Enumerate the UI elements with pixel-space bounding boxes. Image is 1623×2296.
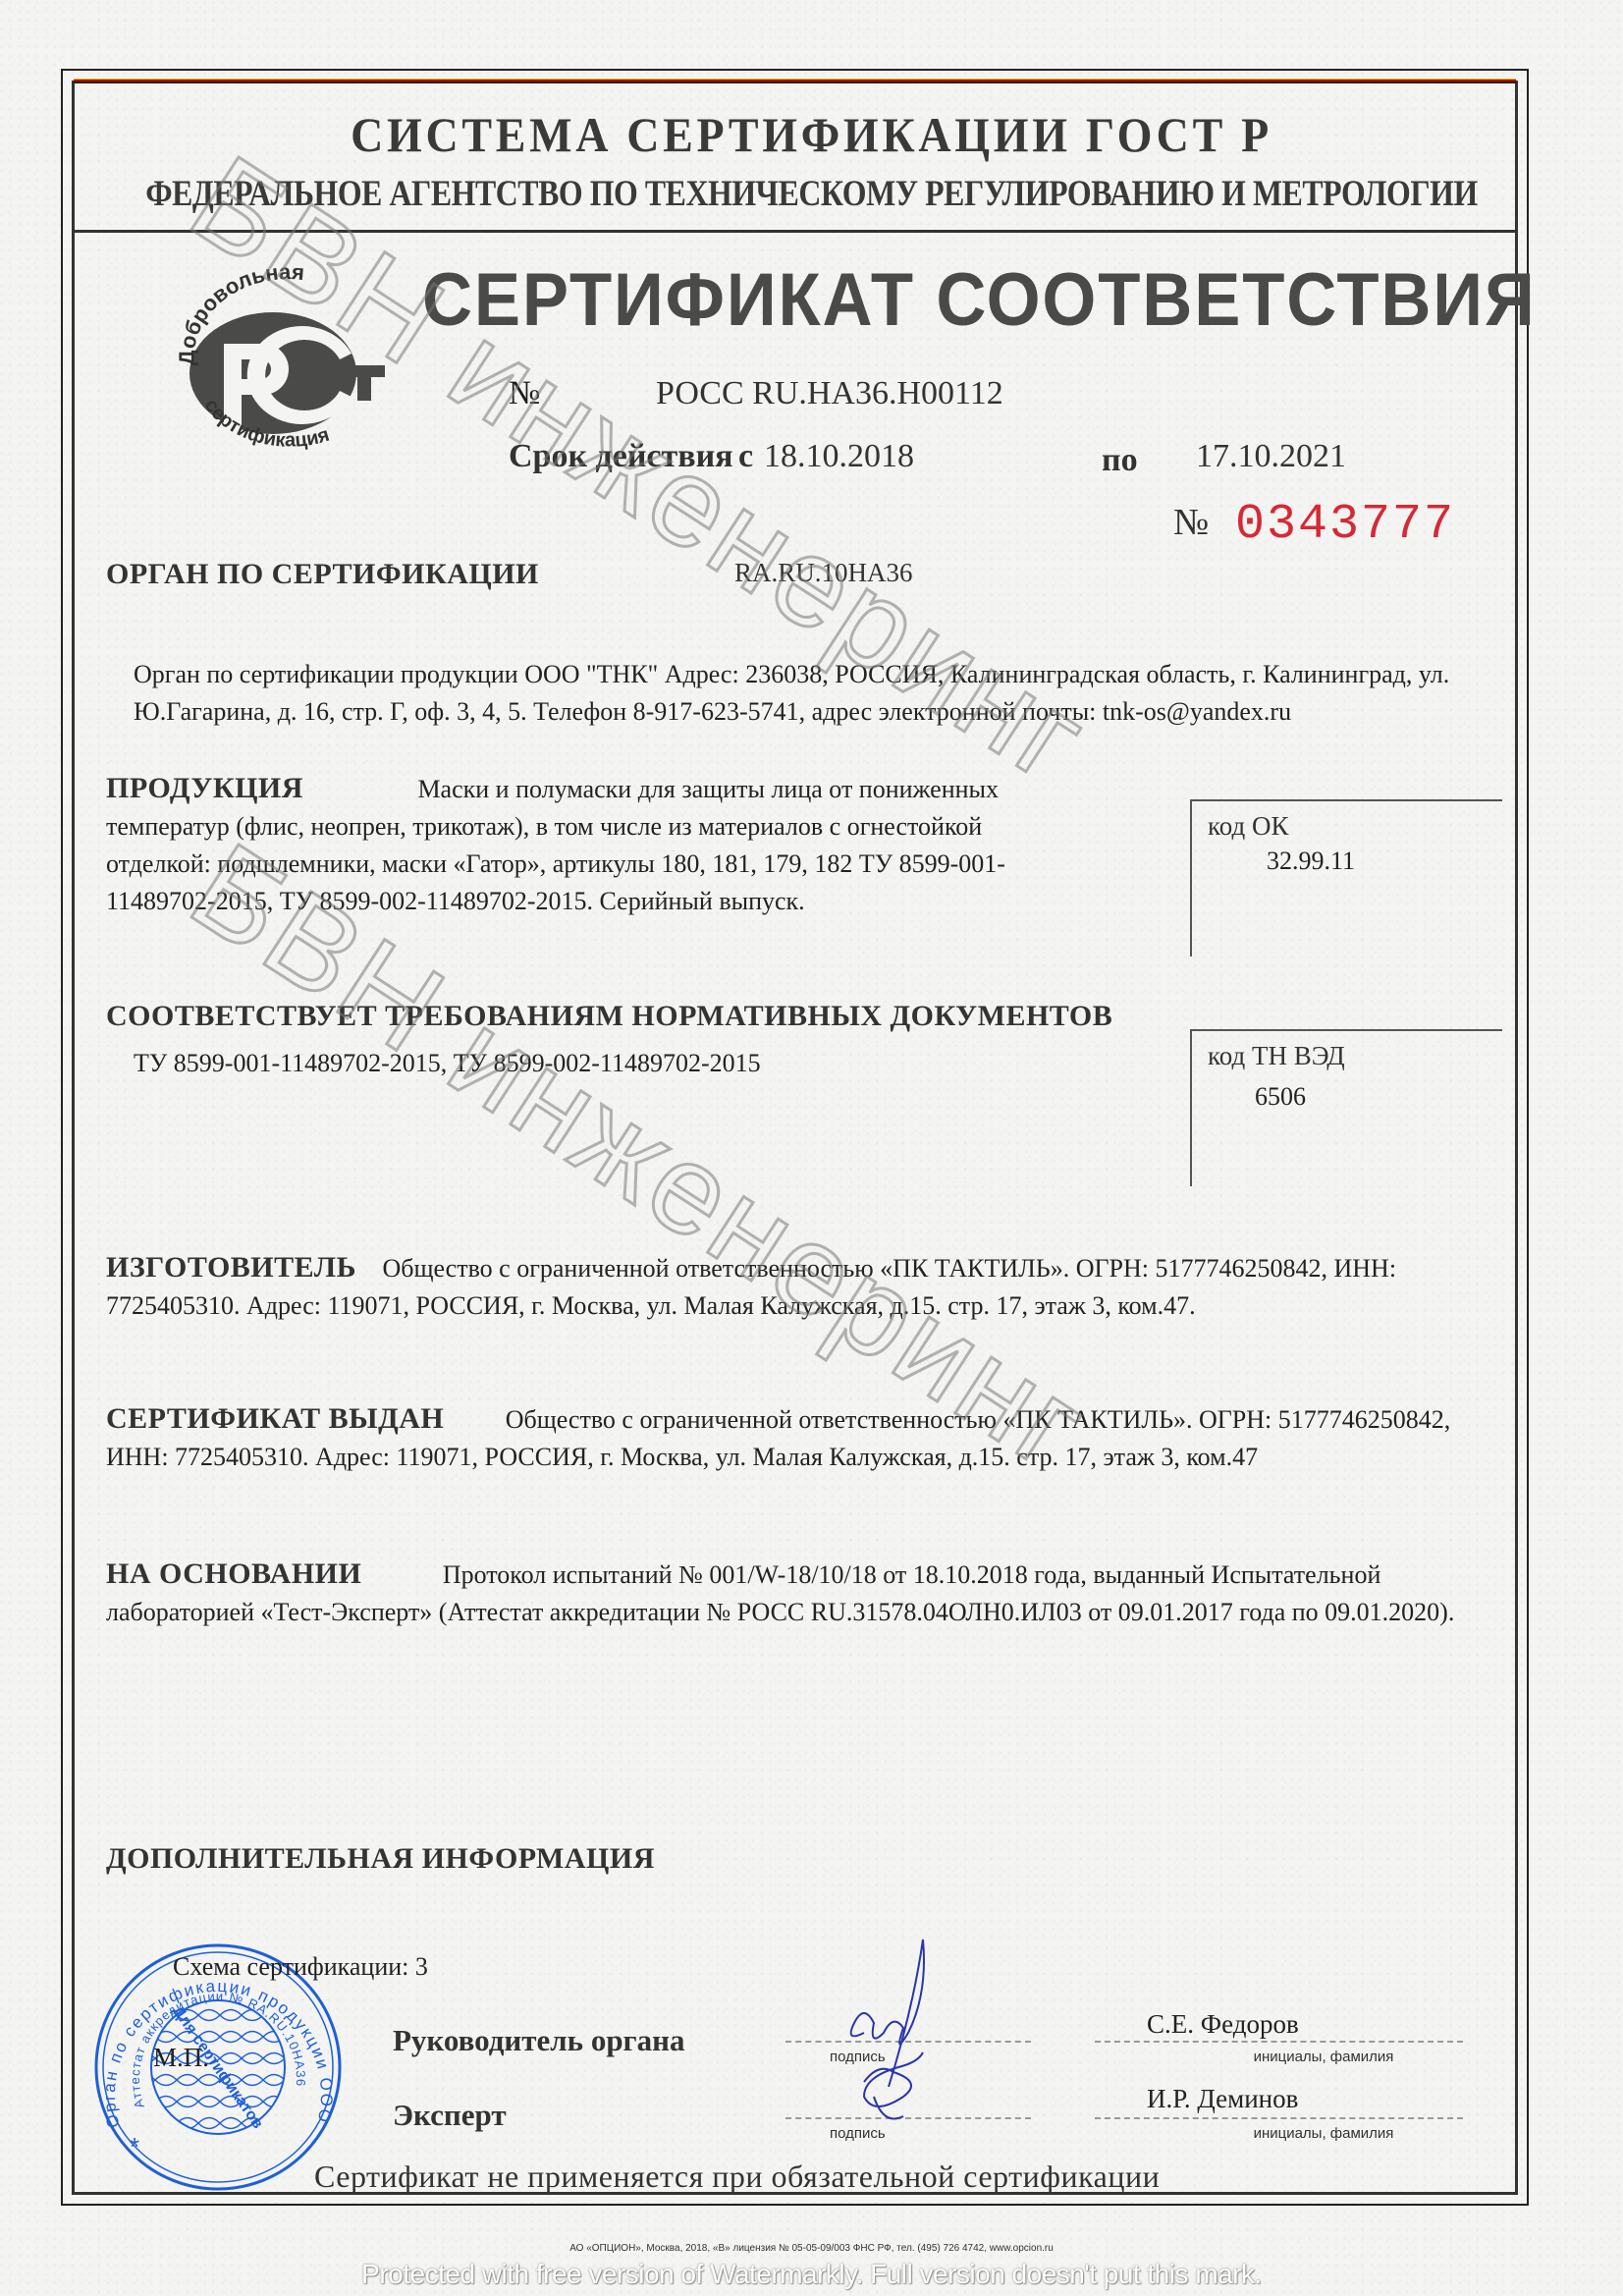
stamp-place-label: М.П.	[153, 2043, 209, 2073]
head-name-caption: инициалы, фамилия	[1058, 2049, 1589, 2065]
expert-name-caption: инициалы, фамилия	[1058, 2125, 1589, 2142]
watermarkly-notice: Protected with free version of Watermark…	[0, 2259, 1623, 2290]
tricolor-stripe	[74, 79, 1516, 83]
product-heading: ПРОДУКЦИЯ	[106, 772, 303, 804]
expert-label: Эксперт	[393, 2098, 507, 2133]
head-signature-caption: подпись	[830, 2049, 886, 2065]
basis-block: НА ОСНОВАНИИ Протокол испытаний № 001/W-…	[106, 1556, 1500, 1631]
head-of-body-label: Руководитель органа	[393, 2023, 685, 2058]
basis-heading: НА ОСНОВАНИИ	[106, 1558, 361, 1590]
expert-name-line	[1095, 2117, 1463, 2119]
tnved-code-value: 6506	[1255, 1082, 1306, 1112]
issued-to-heading: СЕРТИФИКАТ ВЫДАН	[106, 1402, 444, 1435]
valid-from-date: 18.10.2018	[764, 438, 914, 475]
certificate-number: РОСС RU.НА36.Н00112	[656, 375, 1003, 412]
manufacturer-heading: ИЗГОТОВИТЕЛЬ	[106, 1251, 356, 1284]
okpd-code-box: код ОК 32.99.11	[1190, 799, 1502, 957]
validity-to-label: по	[1102, 442, 1138, 479]
blank-serial-number: 0343777	[1235, 497, 1455, 553]
okpd-code-label: код ОК	[1208, 811, 1288, 842]
conformity-heading: СООТВЕТСТВУЕТ ТРЕБОВАНИЯМ НОРМАТИВНЫХ ДО…	[106, 1000, 1112, 1033]
okpd-code-value: 32.99.11	[1267, 847, 1355, 876]
issued-to-block: СЕРТИФИКАТ ВЫДАН Общество с ограниченной…	[106, 1400, 1500, 1476]
system-title: СИСТЕМА СЕРТИФИКАЦИИ ГОСТ Р	[65, 106, 1558, 163]
printer-imprint: АО «ОПЦИОН», Москва, 2018, «В» лицензия …	[0, 2243, 1623, 2254]
expert-name: И.Р. Деминов	[1147, 2084, 1298, 2114]
not-applicable-note: Сертификат не применяется при обязательн…	[314, 2159, 1160, 2195]
expert-signature-caption: подпись	[830, 2125, 886, 2142]
svg-text:*: *	[130, 2132, 139, 2161]
handwritten-signatures-icon	[835, 1925, 952, 2131]
organ-heading: ОРГАН ПО СЕРТИФИКАЦИИ	[106, 558, 539, 591]
valid-to-date: 17.10.2021	[1196, 438, 1346, 475]
head-name-line	[1095, 2041, 1463, 2043]
certificate-title: СЕРТИФИКАТ СООТВЕТСТВИЯ	[422, 257, 1537, 343]
certification-scheme: Схема сертификации: 3	[173, 1952, 428, 1982]
additional-info-heading: ДОПОЛНИТЕЛЬНАЯ ИНФОРМАЦИЯ	[106, 1842, 655, 1876]
tnved-code-label: код ТН ВЭД	[1208, 1041, 1345, 1071]
head-name: С.Е. Федоров	[1147, 2009, 1299, 2040]
tnved-code-box: код ТН ВЭД 6506	[1190, 1029, 1502, 1186]
blank-number-sign: №	[1173, 501, 1209, 544]
